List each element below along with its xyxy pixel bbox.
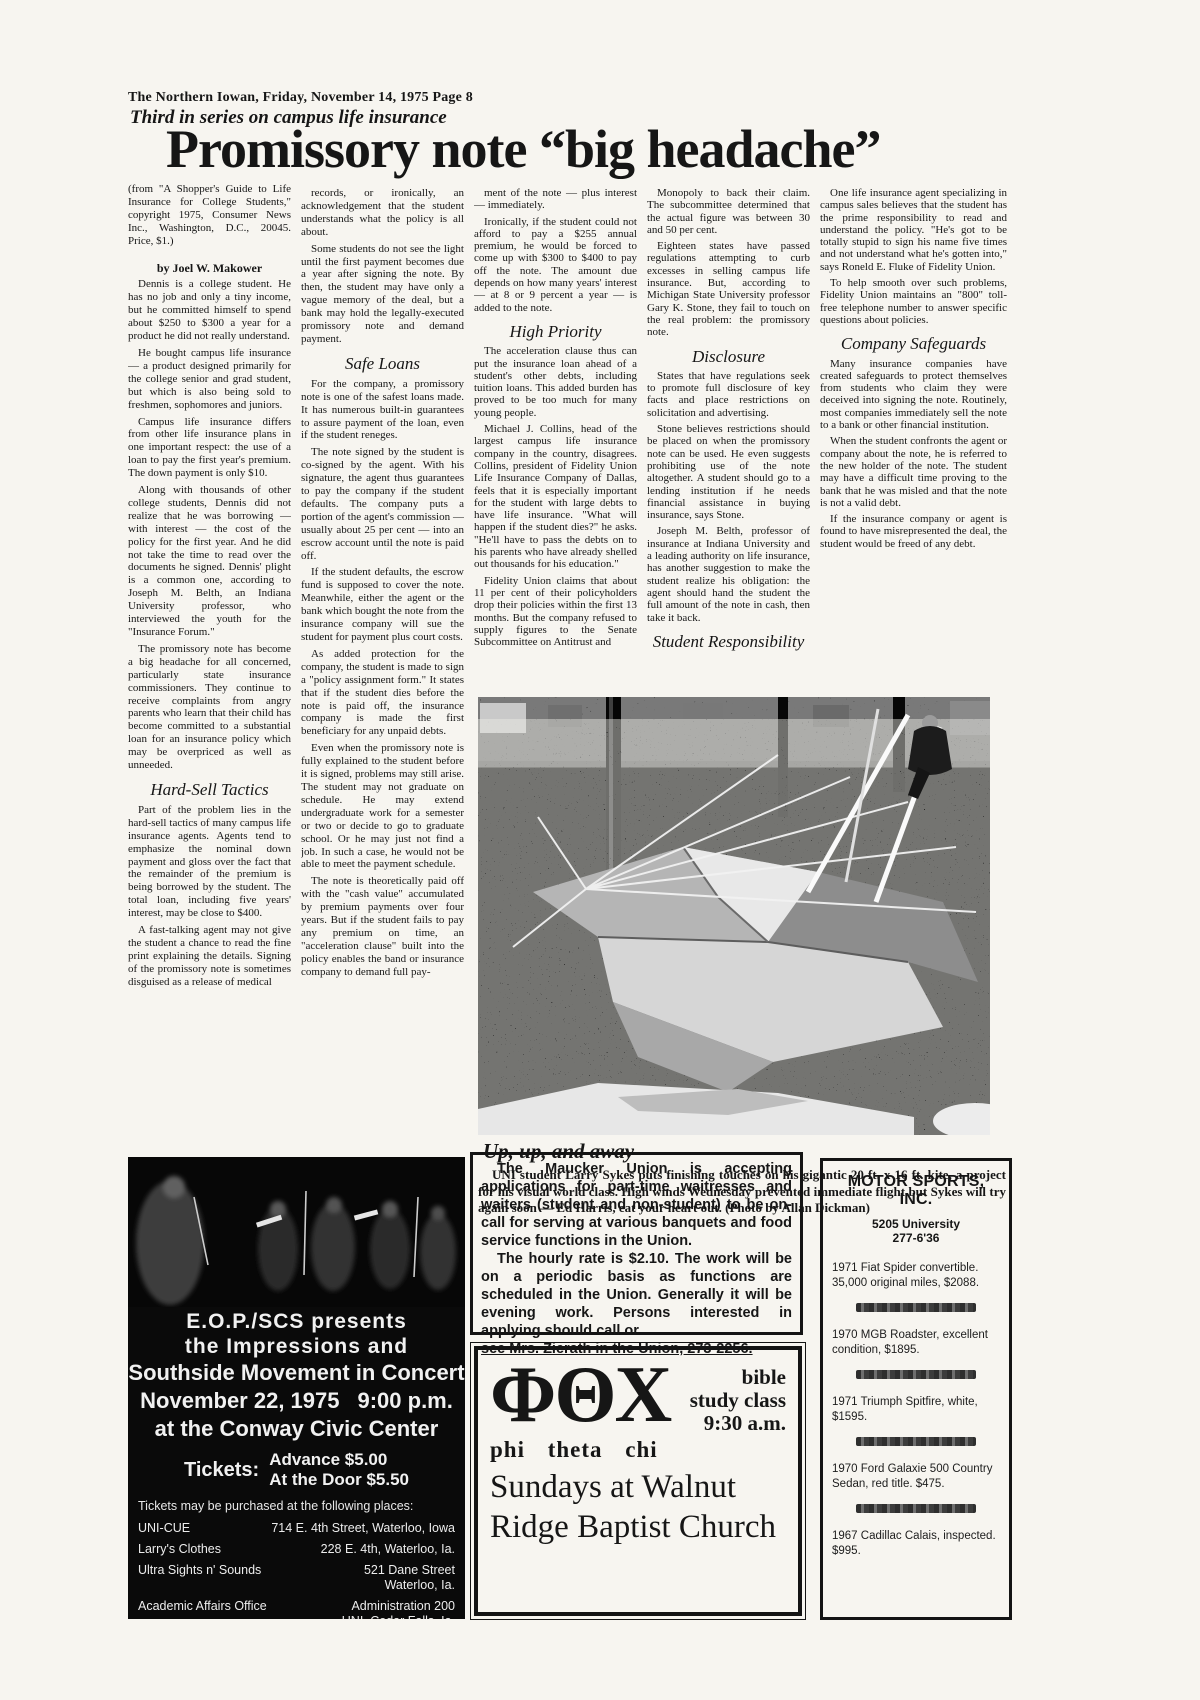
maucker-paragraph-1: The Maucker Union is accepting applicati…	[481, 1160, 792, 1250]
article-block: Along with thousands of other college st…	[128, 484, 291, 639]
eop-advance-price: Advance $5.00	[269, 1450, 387, 1469]
article-block: Fidelity Union claims that about 11 per …	[474, 575, 637, 649]
car-listing: 1971 Triumph Spitfire, white, $1595.	[832, 1395, 1000, 1446]
eop-tickets: Tickets: Advance $5.00 At the Door $5.50	[128, 1450, 465, 1490]
article-block: Disclosure	[647, 351, 810, 363]
redacted-smudge	[856, 1437, 977, 1446]
masthead-dateline: The Northern Iowan, Friday, November 14,…	[128, 90, 473, 106]
article-block: Company Safeguards	[820, 338, 1007, 350]
article-block: The promissory note has become a big hea…	[128, 643, 291, 772]
car-listing-text: 1967 Cadillac Calais, inspected. $995.	[832, 1529, 1000, 1558]
car-listing-text: 1970 Ford Galaxie 500 Country Sedan, red…	[832, 1462, 1000, 1491]
place-name: UNI-CUE	[138, 1521, 190, 1536]
article-block: As added protection for the company, the…	[301, 648, 464, 738]
eop-date: November 22, 1975	[140, 1388, 339, 1413]
article-block: If the student defaults, the escrow fund…	[301, 566, 464, 643]
greek-letters: ΦΘΧ	[490, 1356, 670, 1434]
article-column-2: records, or ironically, an acknowledgeme…	[301, 183, 464, 1063]
article-block: by Joel W. Makower	[128, 262, 291, 275]
article-block: Hard-Sell Tactics	[128, 784, 291, 797]
car-listings: 1971 Fiat Spider convertible. 35,000 ori…	[832, 1261, 1000, 1558]
redacted-smudge	[856, 1504, 977, 1513]
article-block: High Priority	[474, 326, 637, 338]
motor-sports-address: 5205 University	[832, 1217, 1000, 1231]
kite-photo	[478, 697, 990, 1135]
article-column-5: One life insurance agent specializing in…	[820, 183, 1007, 691]
article-block: Student Responsibility	[647, 636, 810, 648]
ticket-place: UNI-CUE 714 E. 4th Street, Waterloo, Iow…	[138, 1521, 455, 1536]
article-column-3: ment of the note — plus interest — immed…	[474, 183, 637, 691]
main-headline: Promissory note “big headache”	[166, 118, 880, 180]
article-block: Eighteen states have passed regulations …	[647, 240, 810, 338]
ticket-place: Larry's Clothes 228 E. 4th, Waterloo, Ia…	[138, 1542, 455, 1557]
eop-purchase-note: Tickets may be purchased at the followin…	[128, 1499, 465, 1513]
ticket-place: Ultra Sights n' Sounds 521 Dane Street W…	[138, 1563, 455, 1593]
car-listing-text: 1971 Fiat Spider convertible. 35,000 ori…	[832, 1261, 1000, 1290]
article-block: records, or ironically, an acknowledgeme…	[301, 187, 464, 239]
eop-band-line-1: the Impressions and	[128, 1334, 465, 1359]
motor-sports-ad: MOTOR SPORTS, INC. 5205 University 277-6…	[820, 1158, 1012, 1620]
article-block: One life insurance agent specializing in…	[820, 187, 1007, 273]
article-block: (from "A Shopper's Guide to Life Insuran…	[128, 183, 291, 248]
article-block: Joseph M. Belth, professor of insurance …	[647, 525, 810, 623]
car-listing: 1970 Ford Galaxie 500 Country Sedan, red…	[832, 1462, 1000, 1513]
article-block: Ironically, if the student could not aff…	[474, 216, 637, 314]
place-location: Administration 200 UNI, Cedar Falls, Ia.	[342, 1599, 455, 1619]
article-block: The note signed by the student is co-sig…	[301, 446, 464, 562]
phi-theta-chi-name: phi theta chi	[490, 1437, 786, 1463]
kite-photo-illustration	[478, 697, 990, 1135]
car-listing: 1971 Fiat Spider convertible. 35,000 ori…	[832, 1261, 1000, 1312]
redacted-smudge	[856, 1303, 977, 1312]
place-name: Academic Affairs Office	[138, 1599, 267, 1619]
article-column-4: Monopoly to back their claim. The subcom…	[647, 183, 810, 691]
article-block: States that have regulations seek to pro…	[647, 370, 810, 419]
car-listing: 1970 MGB Roadster, excellent condition, …	[832, 1328, 1000, 1379]
redacted-smudge	[856, 1370, 977, 1379]
phi-church-line: Sundays at Walnut Ridge Baptist Church	[490, 1467, 786, 1547]
article-block: A fast-talking agent may not give the st…	[128, 924, 291, 989]
article-block: ment of the note — plus interest — immed…	[474, 187, 637, 212]
article-block: Michael J. Collins, head of the largest …	[474, 423, 637, 571]
article-block: If the insurance company or agent is fou…	[820, 513, 1007, 550]
eop-band-line-2: Southside Movement in Concert	[128, 1359, 465, 1386]
eop-tickets-label: Tickets:	[184, 1459, 259, 1482]
car-listing: 1967 Cadillac Calais, inspected. $995.	[832, 1529, 1000, 1558]
phi-theta-chi-ad: ΦΘΧ bible study class 9:30 a.m. phi thet…	[470, 1342, 806, 1620]
car-listing-text: 1970 MGB Roadster, excellent condition, …	[832, 1328, 1000, 1357]
maucker-union-ad: The Maucker Union is accepting applicati…	[470, 1152, 803, 1335]
article-block: Many insurance companies have created sa…	[820, 358, 1007, 432]
eop-concert-ad: E.O.P./SCS presents the Impressions and …	[128, 1157, 465, 1619]
newspaper-page: The Northern Iowan, Friday, November 14,…	[0, 0, 1200, 1700]
article-column-1: (from "A Shopper's Guide to Life Insuran…	[128, 183, 291, 1063]
eop-date-time: November 22, 19759:00 p.m.	[128, 1386, 465, 1415]
eop-places-list: UNI-CUE 714 E. 4th Street, Waterloo, Iow…	[128, 1513, 465, 1619]
place-location: 228 E. 4th, Waterloo, Ia.	[321, 1542, 455, 1557]
article-block: Even when the promissory note is fully e…	[301, 742, 464, 871]
ticket-place: Academic Affairs Office Administration 2…	[138, 1599, 455, 1619]
article-block: Monopoly to back their claim. The subcom…	[647, 187, 810, 236]
article-block: Safe Loans	[301, 358, 464, 371]
article-block: Stone believes restrictions should be pl…	[647, 423, 810, 521]
article-block: Dennis is a college student. He has no j…	[128, 278, 291, 343]
concert-photo-illustration	[128, 1157, 465, 1307]
article-block: When the student confronts the agent or …	[820, 435, 1007, 509]
place-name: Larry's Clothes	[138, 1542, 221, 1557]
phi-ad-top: ΦΘΧ bible study class 9:30 a.m.	[490, 1356, 786, 1435]
eop-presents-line: E.O.P./SCS presents	[128, 1309, 465, 1334]
article-block: For the company, a promissory note is on…	[301, 378, 464, 443]
article-block: To help smooth over such problems, Fidel…	[820, 277, 1007, 326]
phi-ad-frame: ΦΘΧ bible study class 9:30 a.m. phi thet…	[474, 1346, 802, 1616]
motor-sports-phone: 277-6'36	[832, 1231, 1000, 1245]
bible-study-note: bible study class 9:30 a.m.	[690, 1356, 786, 1435]
car-listing-text: 1971 Triumph Spitfire, white, $1595.	[832, 1395, 1000, 1424]
article-block: The note is theoretically paid off with …	[301, 875, 464, 978]
article-block: Some students do not see the light until…	[301, 243, 464, 346]
maucker-paragraph-2: The hourly rate is $2.10. The work will …	[481, 1250, 792, 1340]
motor-sports-title: MOTOR SPORTS, INC.	[832, 1173, 1000, 1209]
eop-ticket-prices: Advance $5.00 At the Door $5.50	[269, 1450, 409, 1490]
article-block: Part of the problem lies in the hard-sel…	[128, 804, 291, 920]
article-block: The acceleration clause thus can put the…	[474, 345, 637, 419]
place-location: 521 Dane Street Waterloo, Ia.	[364, 1563, 455, 1593]
place-location: 714 E. 4th Street, Waterloo, Iowa	[271, 1521, 455, 1536]
article-block: Campus life insurance differs from other…	[128, 416, 291, 481]
article-block: He bought campus life insurance — a prod…	[128, 347, 291, 412]
place-name: Ultra Sights n' Sounds	[138, 1563, 261, 1593]
eop-time: 9:00 p.m.	[357, 1388, 452, 1413]
eop-door-price: At the Door $5.50	[269, 1470, 409, 1489]
eop-venue: at the Conway Civic Center	[128, 1415, 465, 1442]
